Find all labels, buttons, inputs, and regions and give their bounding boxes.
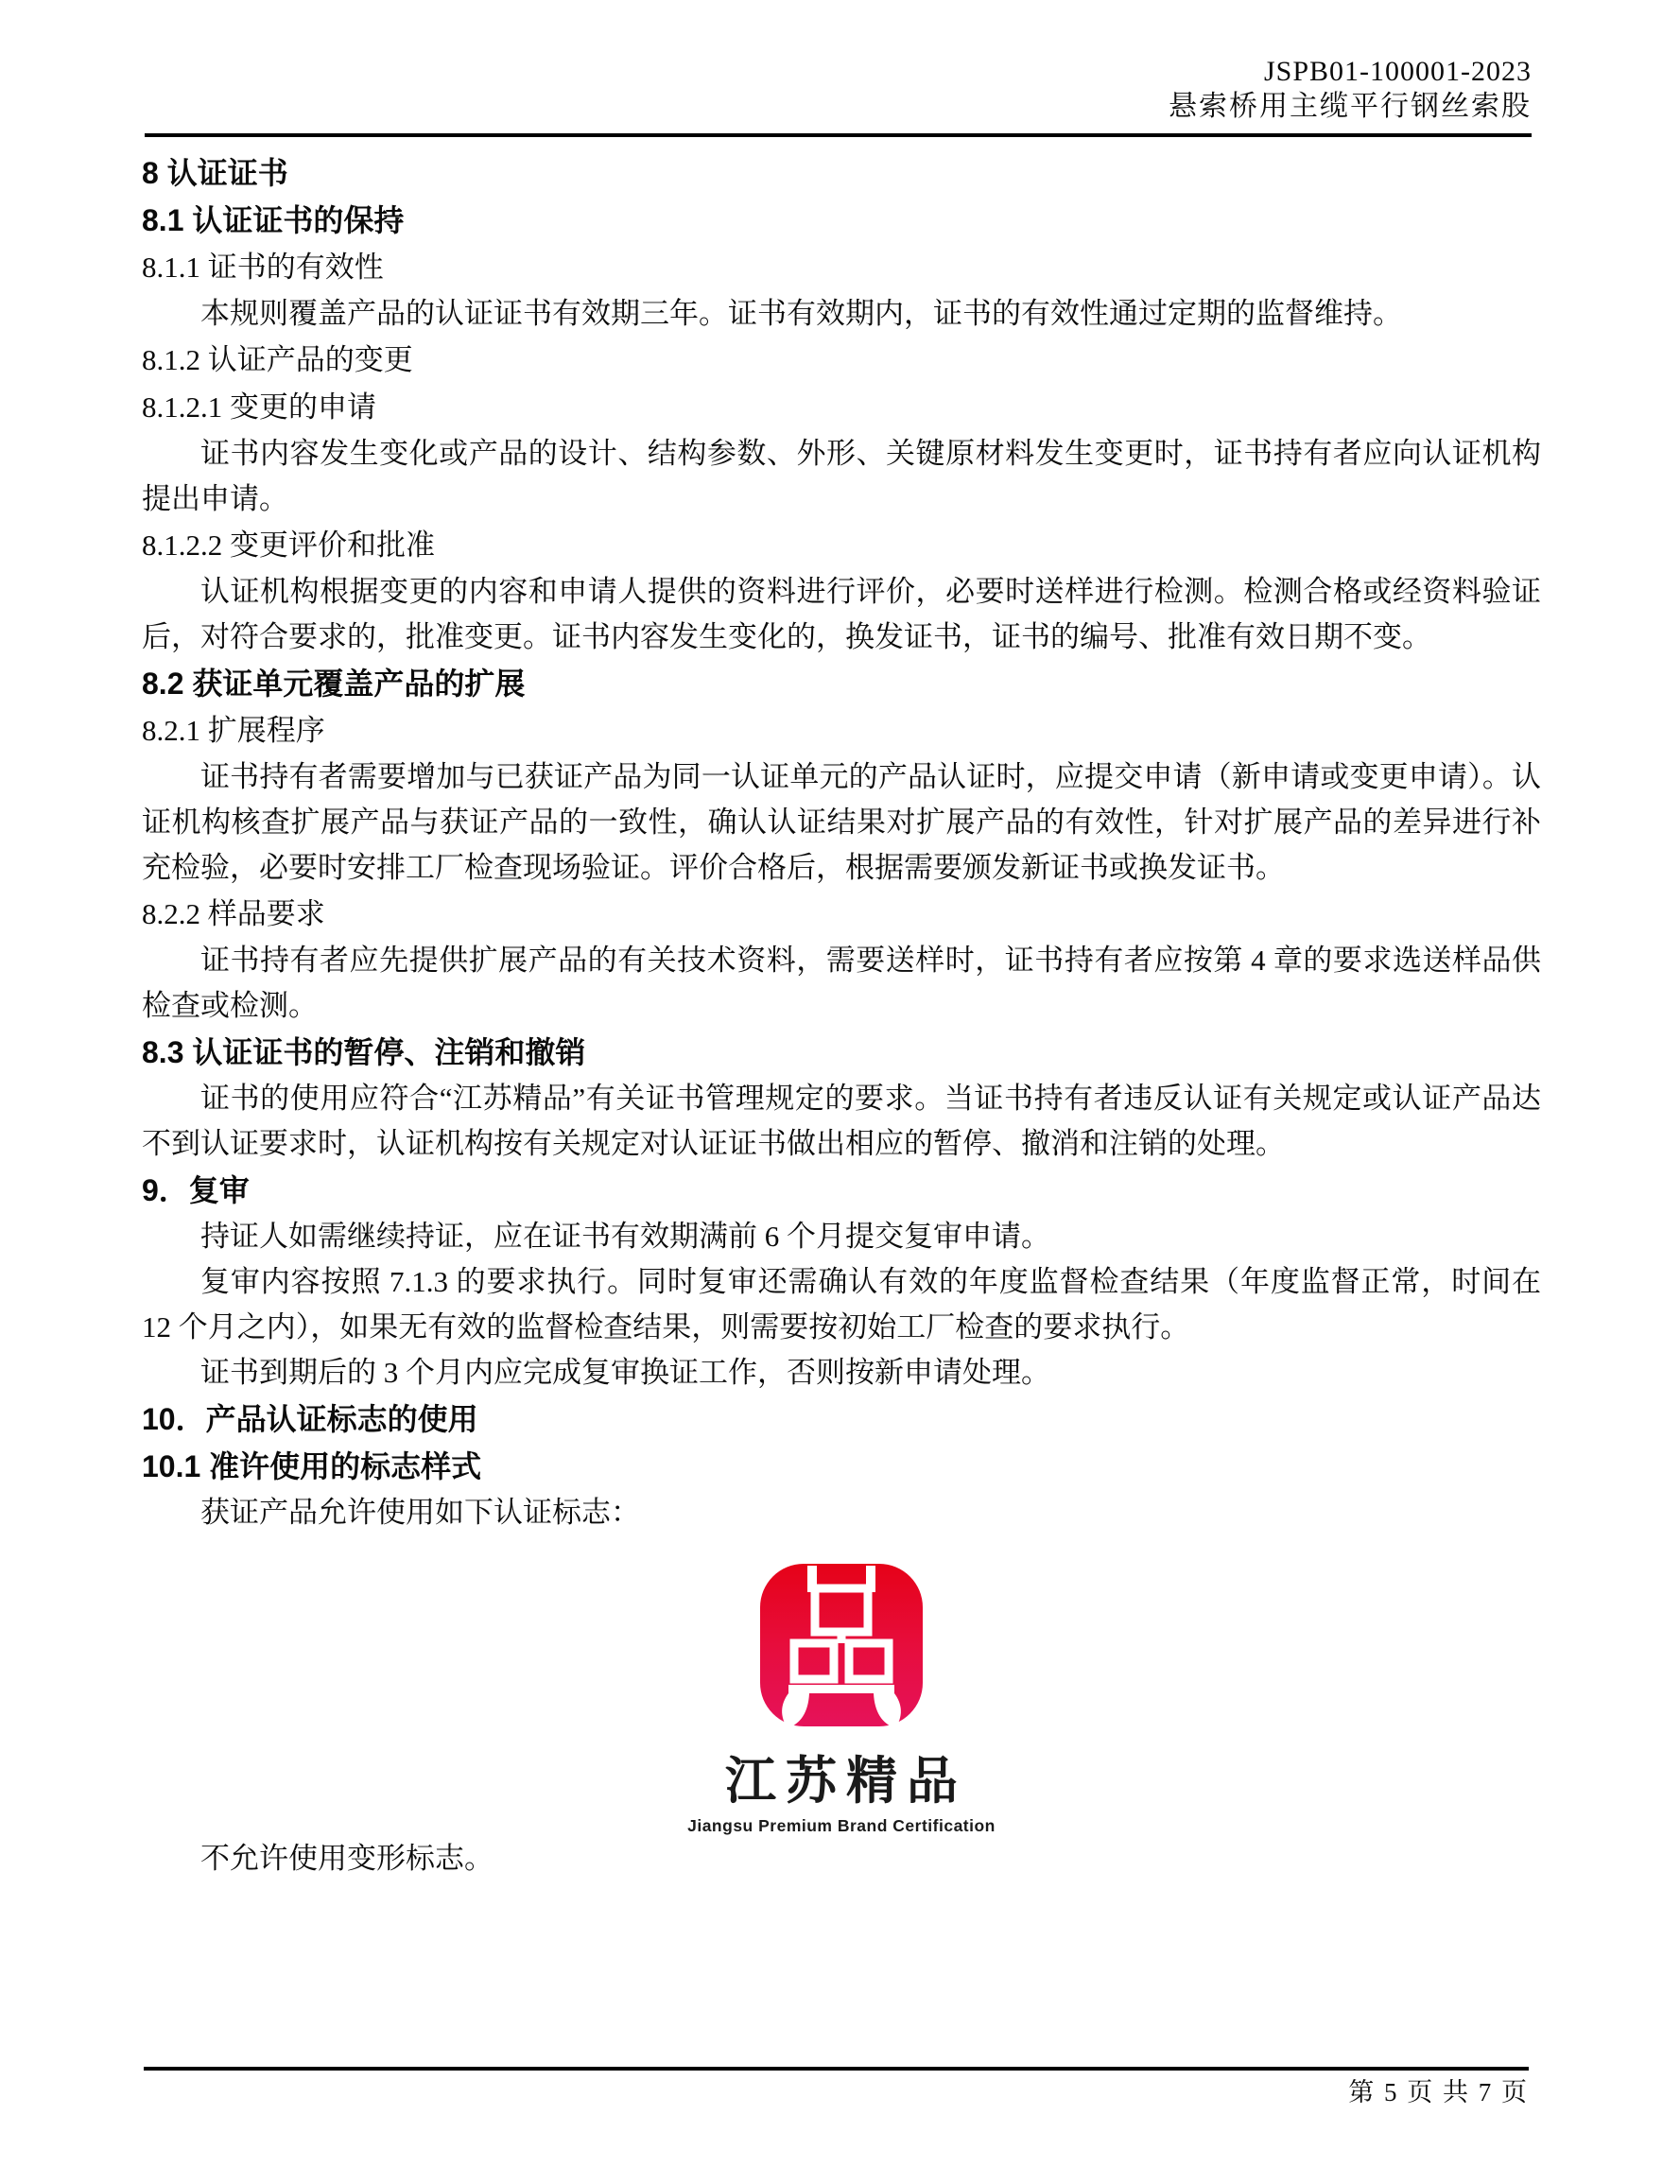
- mark-name-cn: 江苏精品: [142, 1753, 1541, 1810]
- clause-8-2-1: 8.2.1 扩展程序: [142, 707, 1541, 754]
- paragraph: 认证机构根据变更的内容和申请人提供的资料进行评价，必要时送样进行检测。检测合格或…: [142, 569, 1541, 660]
- paragraph: 本规则覆盖产品的认证证书有效期三年。证书有效期内，证书的有效性通过定期的监督维持…: [142, 291, 1541, 337]
- heading-10: 10．产品认证标志的使用: [142, 1395, 1541, 1443]
- clause-8-1-2: 8.1.2 认证产品的变更: [142, 337, 1541, 384]
- document-body: 8 认证证书 8.1 认证证书的保持 8.1.1 证书的有效性 本规则覆盖产品的…: [142, 149, 1541, 1881]
- certification-mark: 江苏精品 Jiangsu Premium Brand Certification: [142, 1551, 1541, 1836]
- paragraph: 持证人如需继续持证，应在证书有效期满前 6 个月提交复审申请。: [142, 1214, 1541, 1259]
- paragraph: 证书持有者应先提供扩展产品的有关技术资料，需要送样时，证书持有者应按第 4 章的…: [142, 938, 1541, 1029]
- header-rule: [145, 133, 1532, 137]
- clause-8-1-1: 8.1.1 证书的有效性: [142, 244, 1541, 291]
- document-page: JSPB01-100001-2023 悬索桥用主缆平行钢丝索股 8 认证证书 8…: [0, 0, 1680, 2184]
- paragraph: 证书到期后的 3 个月内应完成复审换证工作，否则按新申请处理。: [142, 1350, 1541, 1395]
- page-header: JSPB01-100001-2023 悬索桥用主缆平行钢丝索股: [1169, 55, 1532, 125]
- document-number: JSPB01-100001-2023: [1169, 55, 1532, 89]
- paragraph: 不允许使用变形标志。: [142, 1836, 1541, 1881]
- heading-9: 9．复审: [142, 1167, 1541, 1214]
- document-title: 悬索桥用主缆平行钢丝索股: [1169, 89, 1532, 125]
- clause-8-1-2-1: 8.1.2.1 变更的申请: [142, 384, 1541, 431]
- paragraph: 证书的使用应符合“江苏精品”有关证书管理规定的要求。当证书持有者违反认证有关规定…: [142, 1076, 1541, 1167]
- heading-8-2: 8.2 获证单元覆盖产品的扩展: [142, 660, 1541, 707]
- footer-rule: [144, 2067, 1529, 2071]
- page-number: 第 5 页 共 7 页: [1348, 2076, 1529, 2108]
- paragraph: 复审内容按照 7.1.3 的要求执行。同时复审还需确认有效的年度监督检查结果（年…: [142, 1259, 1541, 1350]
- heading-8: 8 认证证书: [142, 149, 1541, 197]
- clause-8-2-2: 8.2.2 样品要求: [142, 891, 1541, 938]
- heading-8-3: 8.3 认证证书的暂停、注销和撤销: [142, 1029, 1541, 1076]
- clause-8-1-2-2: 8.1.2.2 变更评价和批准: [142, 522, 1541, 569]
- paragraph: 获证产品允许使用如下认证标志：: [142, 1490, 1541, 1535]
- jiangsu-premium-brand-logo-icon: [747, 1551, 936, 1740]
- paragraph: 证书内容发生变化或产品的设计、结构参数、外形、关键原材料发生变更时，证书持有者应…: [142, 431, 1541, 522]
- paragraph: 证书持有者需要增加与已获证产品为同一认证单元的产品认证时，应提交申请（新申请或变…: [142, 754, 1541, 891]
- mark-name-en: Jiangsu Premium Brand Certification: [142, 1815, 1541, 1836]
- heading-8-1: 8.1 认证证书的保持: [142, 197, 1541, 244]
- heading-10-1: 10.1 准许使用的标志样式: [142, 1443, 1541, 1490]
